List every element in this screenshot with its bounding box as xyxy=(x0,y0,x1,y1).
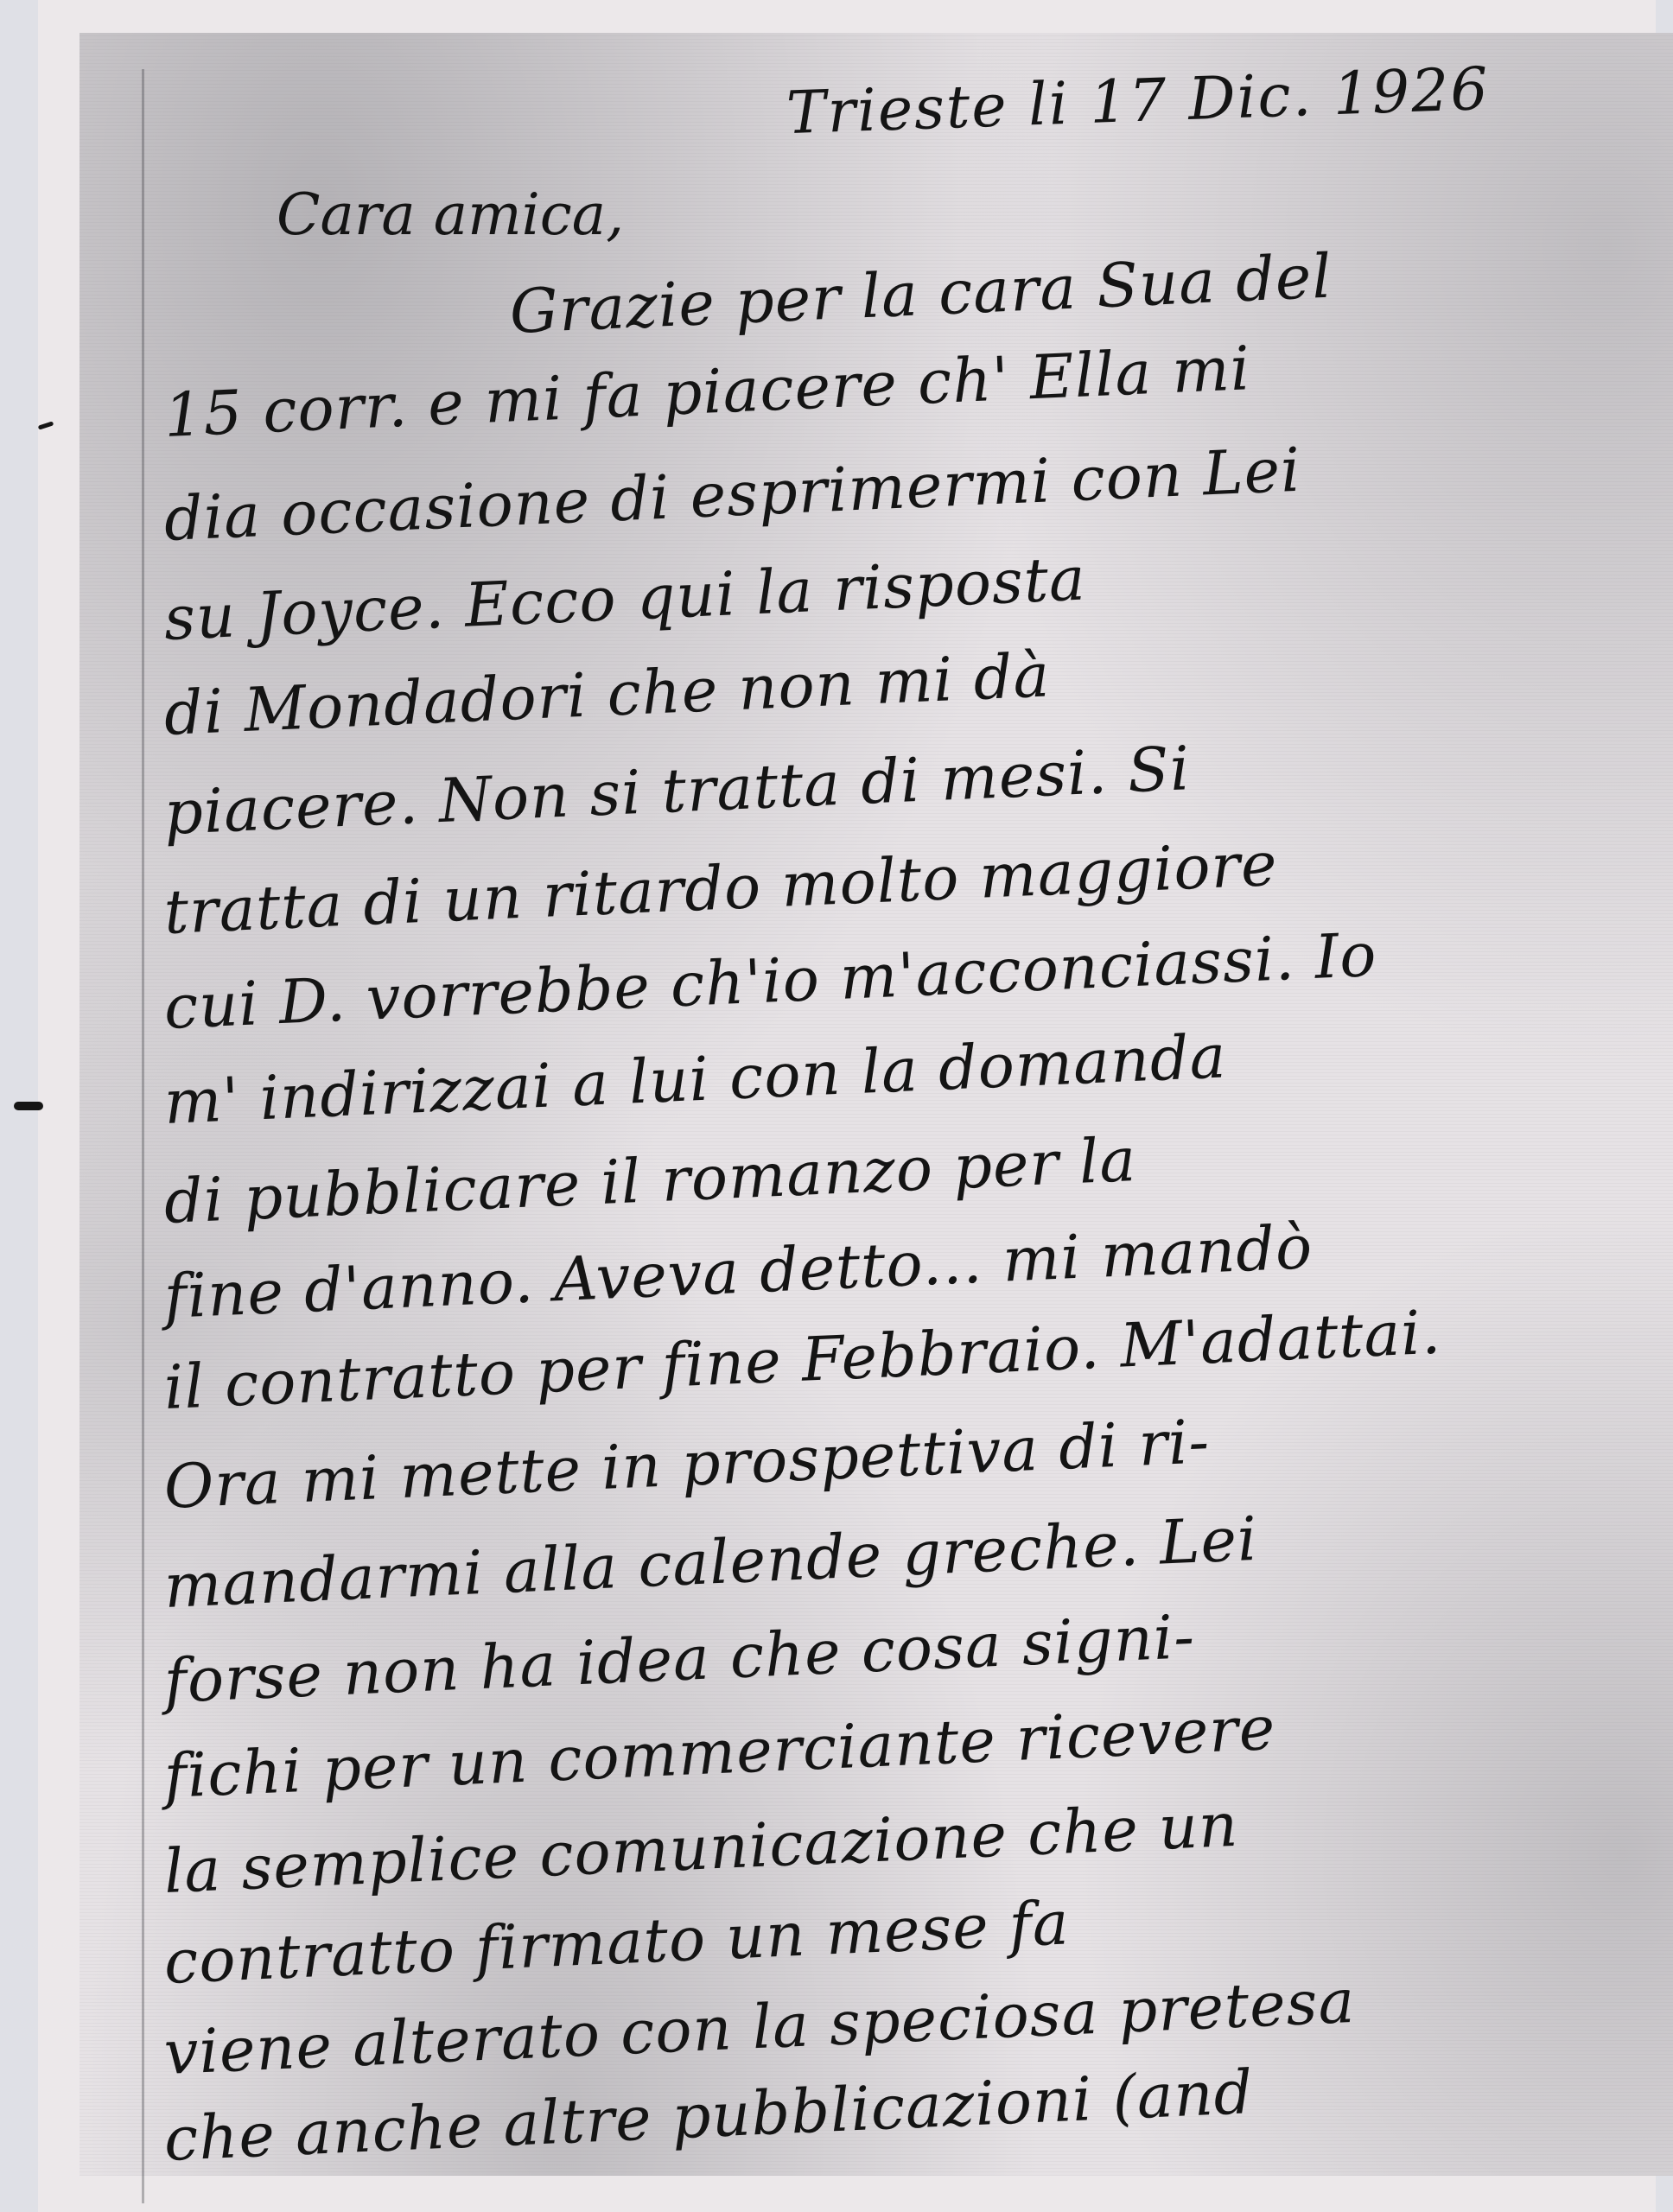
margin-mark xyxy=(14,1102,43,1110)
margin-line xyxy=(142,69,144,2203)
letter-salutation: Cara amica, xyxy=(277,181,624,248)
